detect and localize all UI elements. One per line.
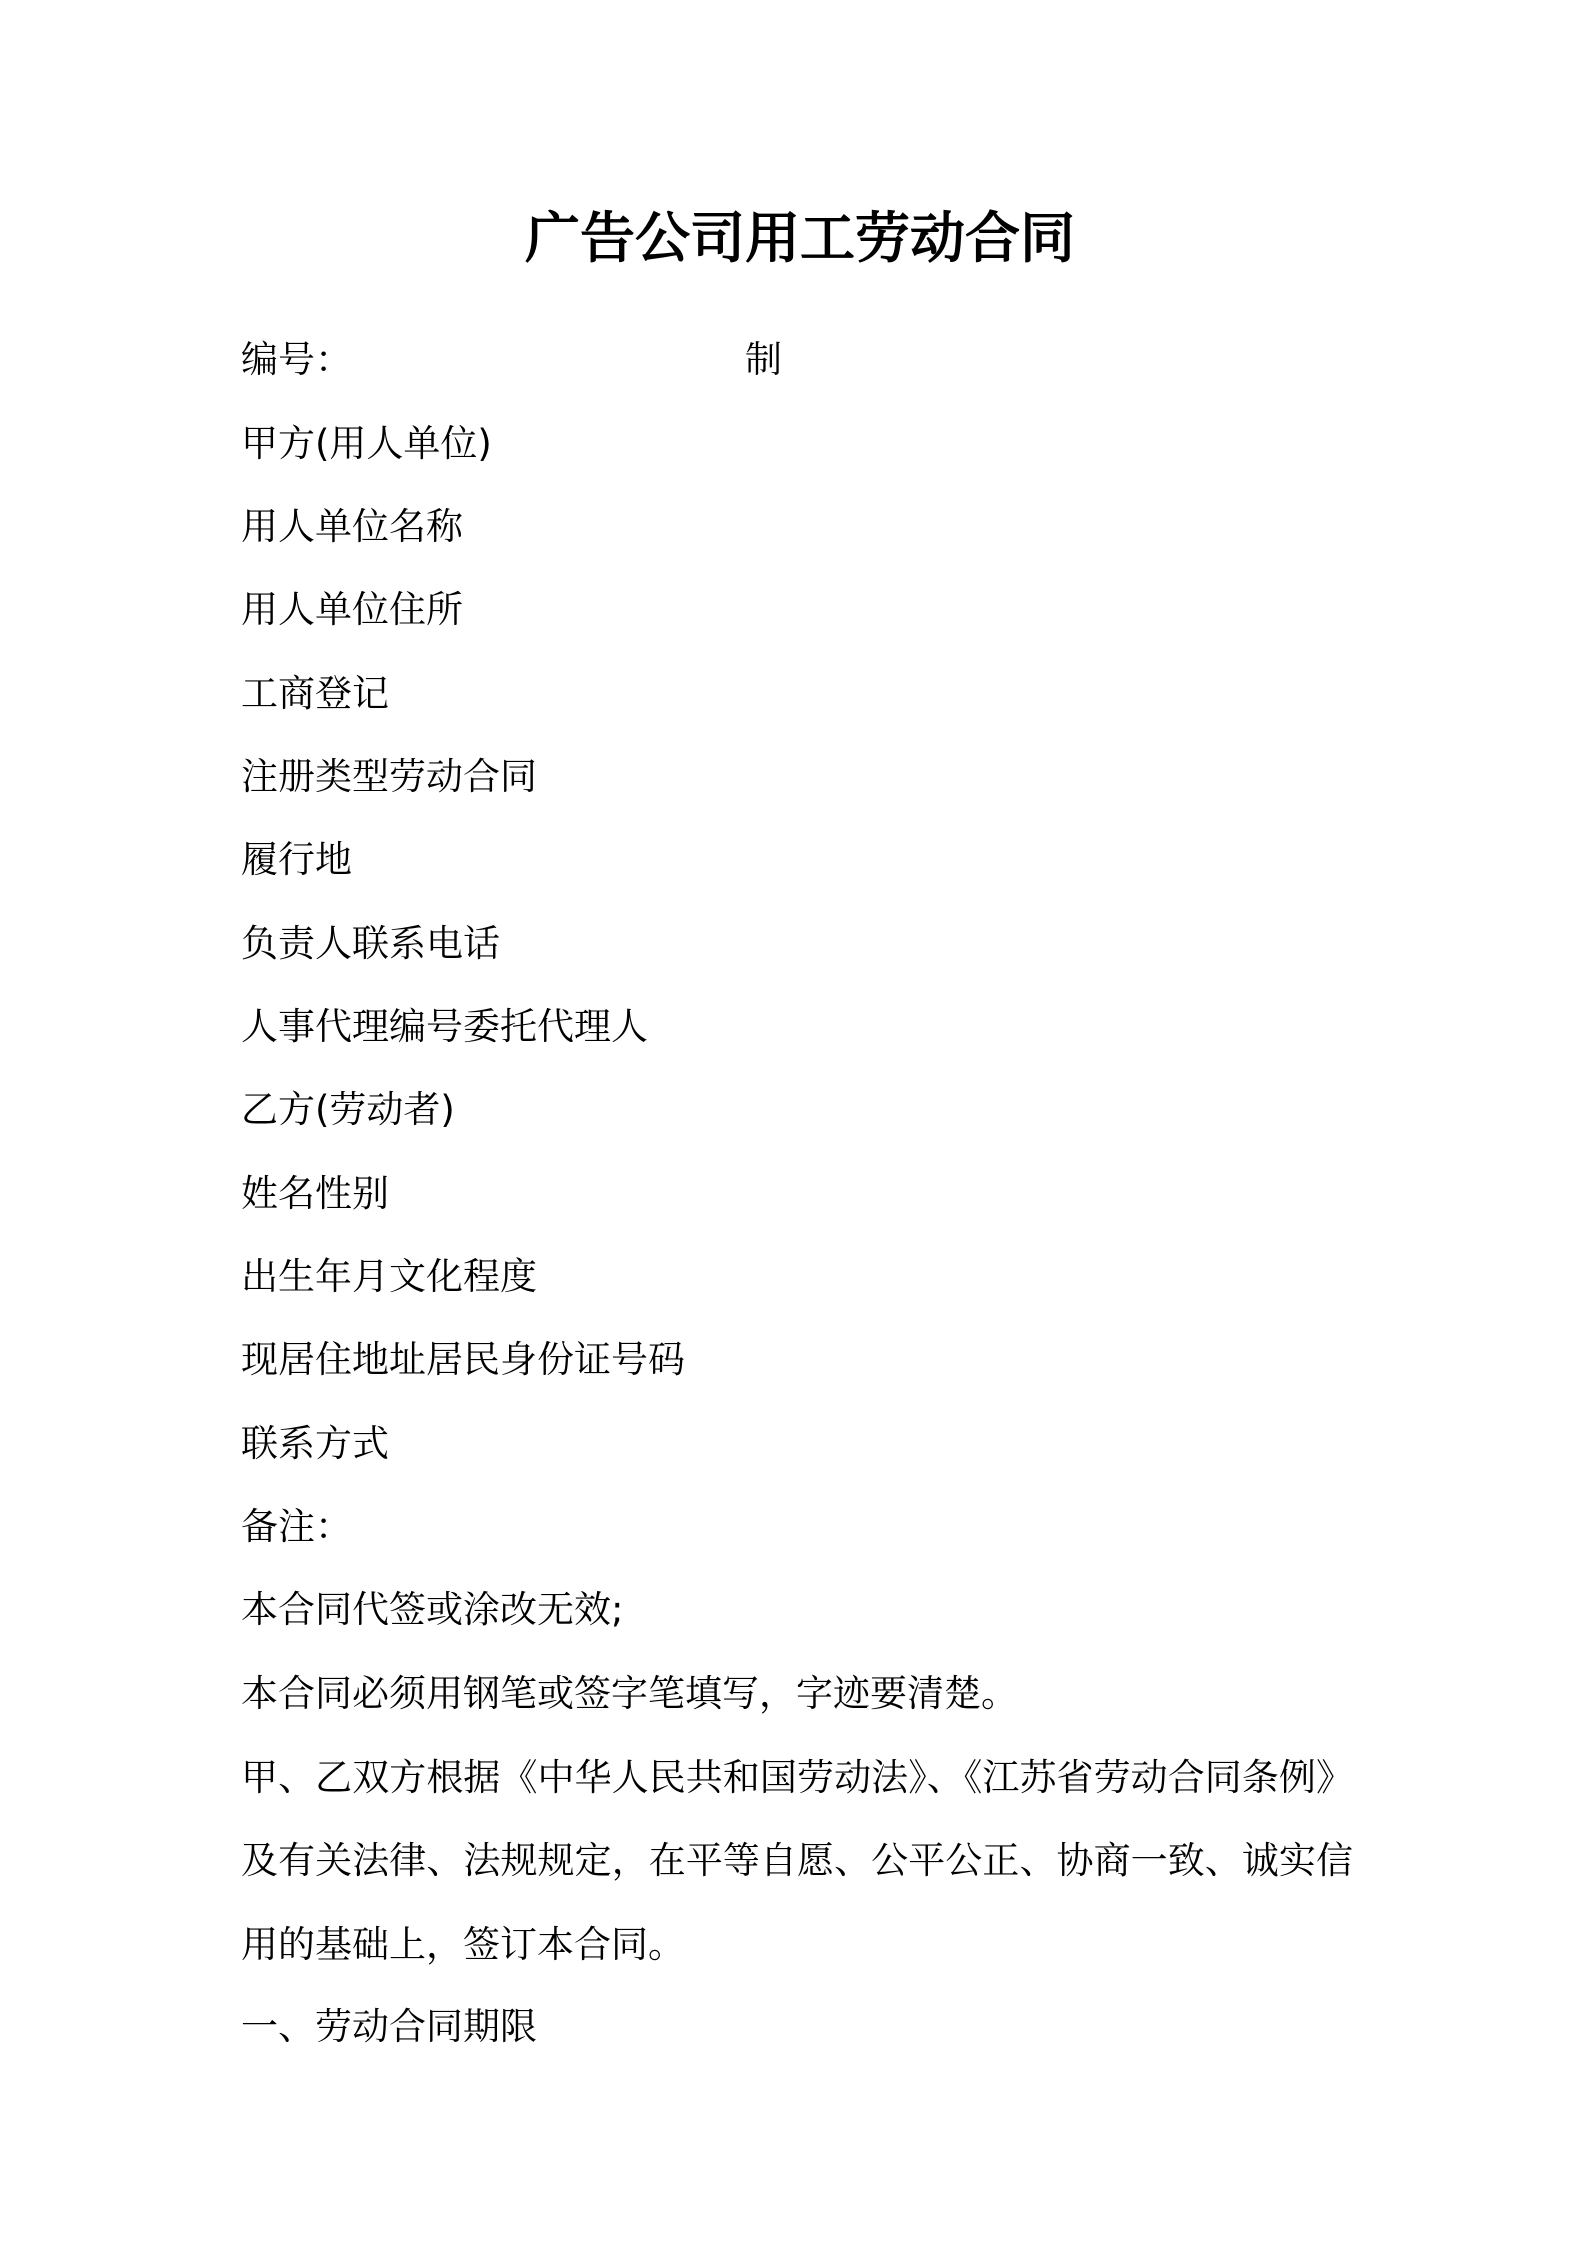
note-item: 本合同必须用钢笔或签字笔填写，字迹要清楚。 [241, 1669, 1018, 1719]
document-page: 广告公司用工劳动合同 编号： 制 甲方(用人单位) 用人单位名称 用人单位住所 … [0, 0, 1586, 2244]
party-a-field: 工商登记 [241, 669, 389, 719]
party-a-field: 人事代理编号委托代理人 [241, 1002, 648, 1052]
party-a-field: 注册类型劳动合同 [241, 752, 537, 802]
notes-label: 备注： [241, 1502, 352, 1552]
party-a-field: 履行地 [241, 835, 352, 885]
party-b-field: 联系方式 [241, 1419, 389, 1469]
party-b-field: 姓名性别 [241, 1169, 389, 1219]
issuer-label: 制 [745, 335, 782, 385]
section-heading: 一、劳动合同期限 [241, 2002, 537, 2052]
preamble-paragraph: 甲、乙双方根据《中华人民共和国劳动法》、《江苏省劳动合同条例》及有关法律、法规规… [241, 1736, 1353, 1986]
contract-number-label: 编号： [241, 335, 352, 385]
document-title: 广告公司用工劳动合同 [0, 196, 1586, 280]
party-a-heading: 甲方(用人单位) [241, 419, 492, 469]
party-a-field: 用人单位住所 [241, 585, 463, 635]
note-item: 本合同代签或涂改无效; [241, 1585, 623, 1635]
party-b-field: 出生年月文化程度 [241, 1252, 537, 1302]
party-a-field: 负责人联系电话 [241, 919, 500, 969]
party-b-field: 现居住地址居民身份证号码 [241, 1335, 685, 1385]
party-a-field: 用人单位名称 [241, 502, 463, 552]
party-b-heading: 乙方(劳动者) [241, 1085, 455, 1135]
